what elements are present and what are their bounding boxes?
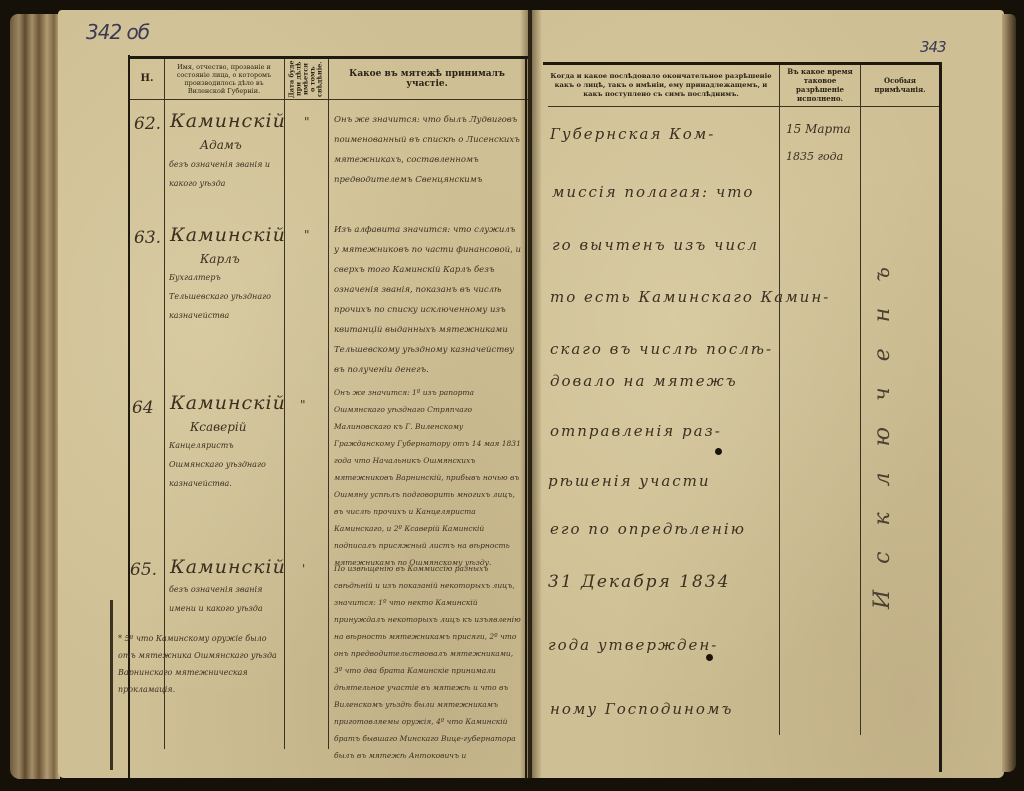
resolution-line: скаго въ числѣ послѣ- — [550, 340, 773, 358]
entry-number: 62. — [134, 114, 161, 134]
header-participation: Какое въ мятежѣ принималъ участіе. — [330, 60, 524, 98]
entry-participation: Онъ же значится: что былъ Лудвиговъ поим… — [334, 110, 522, 190]
left-header-bottom-rule — [130, 99, 528, 100]
entry-status: безъ означенія званія имени и какого уѣз… — [169, 580, 281, 618]
paper-hole — [706, 654, 713, 661]
resolution-line: 31 Декабря 1834 — [548, 572, 730, 592]
entry-status: безъ означенія званія и какого уѣзда — [169, 155, 281, 193]
col-divider-executed — [860, 65, 861, 735]
resolution-line: то есть Каминскаго Камин- — [550, 288, 830, 306]
resolution-line: его по опредѣленію — [550, 520, 746, 538]
page-edges-right — [1002, 14, 1016, 772]
resolution-line: отправленія раз- — [550, 422, 722, 440]
folio-number-right: 343 — [920, 38, 946, 56]
resolution-line: миссія полагая: что — [552, 183, 754, 201]
book-spine — [520, 10, 542, 778]
remarks-excluded: Исключенъ — [870, 170, 910, 680]
entry-date: ' — [302, 562, 305, 576]
left-inner-rule — [525, 59, 527, 779]
entry-surname: Каминскій — [170, 556, 286, 578]
entry-status: Канцеляристъ Ошмянскаго уѣзднаго казначе… — [169, 436, 281, 493]
paper-hole — [715, 448, 722, 455]
resolution-line: Губернская Ком- — [550, 125, 715, 143]
entry-status: Бухгалтеръ Тельшевскаго уѣзднаго казначе… — [169, 268, 281, 325]
left-header-top-rule — [130, 56, 528, 59]
entry-number: 65. — [130, 560, 157, 580]
resolution-line: довало на мятежъ — [550, 372, 738, 390]
executed-date-year: 1835 года — [786, 150, 843, 163]
left-margin-rule — [110, 600, 113, 770]
executed-date-day: 15 Марта — [786, 122, 851, 136]
header-resolution: Когда и какое послѣдовало окончательное … — [546, 66, 776, 104]
resolution-line: ному Господиномъ — [550, 700, 733, 718]
resolution-line: года утвержден- — [548, 636, 718, 654]
page-edges-left — [10, 14, 60, 779]
entry-participation: Изъ алфавита значится: что служилъ у мят… — [334, 220, 522, 380]
header-date: Дата буде при дѣлѣ имѣется о томъ свѣдѣн… — [286, 60, 326, 98]
col-divider-resolution — [779, 65, 780, 735]
header-no: Н. — [131, 60, 163, 98]
entry-surname: Каминскій — [170, 110, 286, 132]
header-name: Имя, отчество, прозваніе и состояніе лиц… — [166, 60, 282, 98]
entry-given-name: Ксаверій — [190, 420, 247, 434]
col-divider-date — [328, 59, 329, 749]
resolution-line: рѣшенія участи — [548, 472, 711, 490]
header-remarks: Особыя примѣчанія. — [862, 66, 938, 104]
resolution-line: го вычтенъ изъ числ — [552, 236, 759, 254]
entry-participation: По извѣщенію въ Коммиссію разныхъ свѣдѣн… — [334, 560, 522, 764]
header-executed: Въ какое время таковое разрѣшеніе исполн… — [782, 66, 858, 104]
right-header-bottom-rule — [548, 106, 940, 107]
entry-number: 63. — [134, 228, 161, 248]
folio-number-left: 342 об — [86, 20, 149, 44]
entry-surname: Каминскій — [170, 224, 286, 246]
entry-given-name: Адамъ — [200, 138, 242, 152]
entry-surname: Каминскій — [170, 392, 286, 414]
entry-number: 64 — [132, 398, 154, 418]
right-outer-rule — [939, 62, 942, 772]
entry-participation: Онъ же значится: 1º изъ рапорта Ошмянска… — [334, 384, 522, 571]
entry-date: " — [300, 398, 306, 412]
entry-date: " — [304, 115, 310, 129]
right-header-top-rule — [543, 62, 941, 65]
open-ledger: 342 об 343 Н. Имя, отчество, прозваніе и… — [0, 0, 1024, 791]
entry-footnote: * 5º что Каминскому оружіе было отъ мяте… — [118, 630, 283, 698]
entry-date: " — [304, 228, 310, 242]
entry-given-name: Карлъ — [200, 252, 240, 266]
